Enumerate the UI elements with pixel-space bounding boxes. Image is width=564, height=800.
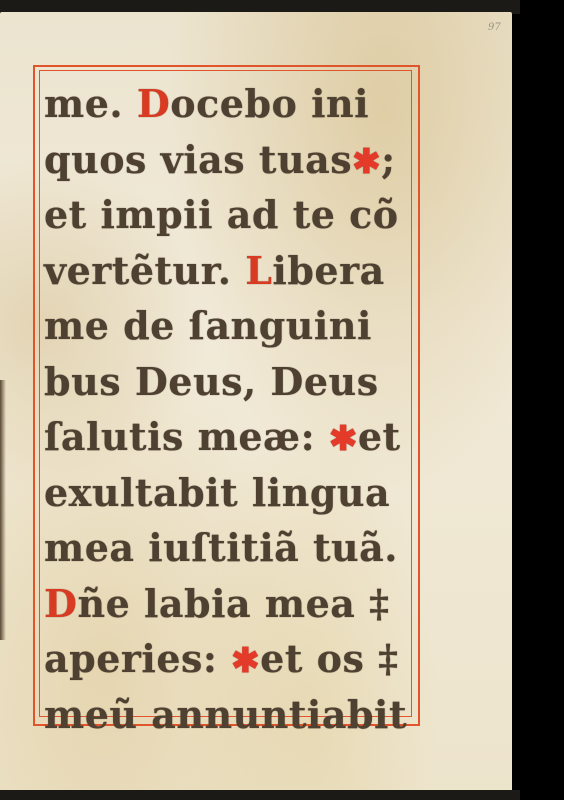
text-line-11: aperies: ✱et os ‡ — [44, 631, 424, 687]
text-line-7: ſalutis meæ: ✱et — [44, 409, 424, 465]
text-line-9: mea iuſtitiã tuã. — [44, 520, 424, 576]
text: ñe labia mea ‡ — [77, 581, 389, 626]
text: et — [358, 414, 401, 459]
text: me de ſanguini — [44, 303, 372, 348]
text: ibera — [272, 248, 384, 293]
text: meũ annuntiabit — [44, 692, 407, 737]
rubricated-initial: D — [44, 581, 77, 626]
text: et impii ad te cõ — [44, 192, 399, 237]
text: ; — [381, 137, 396, 182]
text: et os ‡ — [260, 636, 398, 681]
leaf-edge-shadow — [0, 380, 6, 640]
red-asterisk-icon: ✱ — [231, 641, 260, 681]
text-block: me. Docebo ini quos vias tuas✱; et impii… — [44, 76, 424, 742]
red-asterisk-icon: ✱ — [329, 419, 358, 459]
text: bus Deus, Deus — [44, 359, 379, 404]
text-line-10: Dñe labia mea ‡ — [44, 576, 424, 632]
text: exultabit lingua — [44, 470, 390, 515]
red-asterisk-icon: ✱ — [352, 142, 381, 182]
background-bottom — [0, 790, 520, 800]
text: me. — [44, 81, 137, 126]
text-line-2: quos vias tuas✱; — [44, 132, 424, 188]
text-line-6: bus Deus, Deus — [44, 354, 424, 410]
text: aperies: — [44, 636, 231, 681]
text-line-5: me de ſanguini — [44, 298, 424, 354]
folio-number: 97 — [488, 22, 501, 33]
text-line-4: vertẽtur. Libera — [44, 243, 424, 299]
rubricated-initial: D — [137, 81, 170, 126]
text-line-1: me. Docebo ini — [44, 76, 424, 132]
text: vertẽtur. — [44, 248, 245, 293]
text: ſalutis meæ: — [44, 414, 329, 459]
text: quos vias tuas — [44, 137, 352, 182]
text-line-12: meũ annuntiabit — [44, 687, 424, 743]
text-line-8: exultabit lingua — [44, 465, 424, 521]
rubricated-initial: L — [245, 248, 272, 293]
text-line-3: et impii ad te cõ — [44, 187, 424, 243]
text: mea iuſtitiã tuã. — [44, 525, 398, 570]
text: ocebo ini — [170, 81, 369, 126]
